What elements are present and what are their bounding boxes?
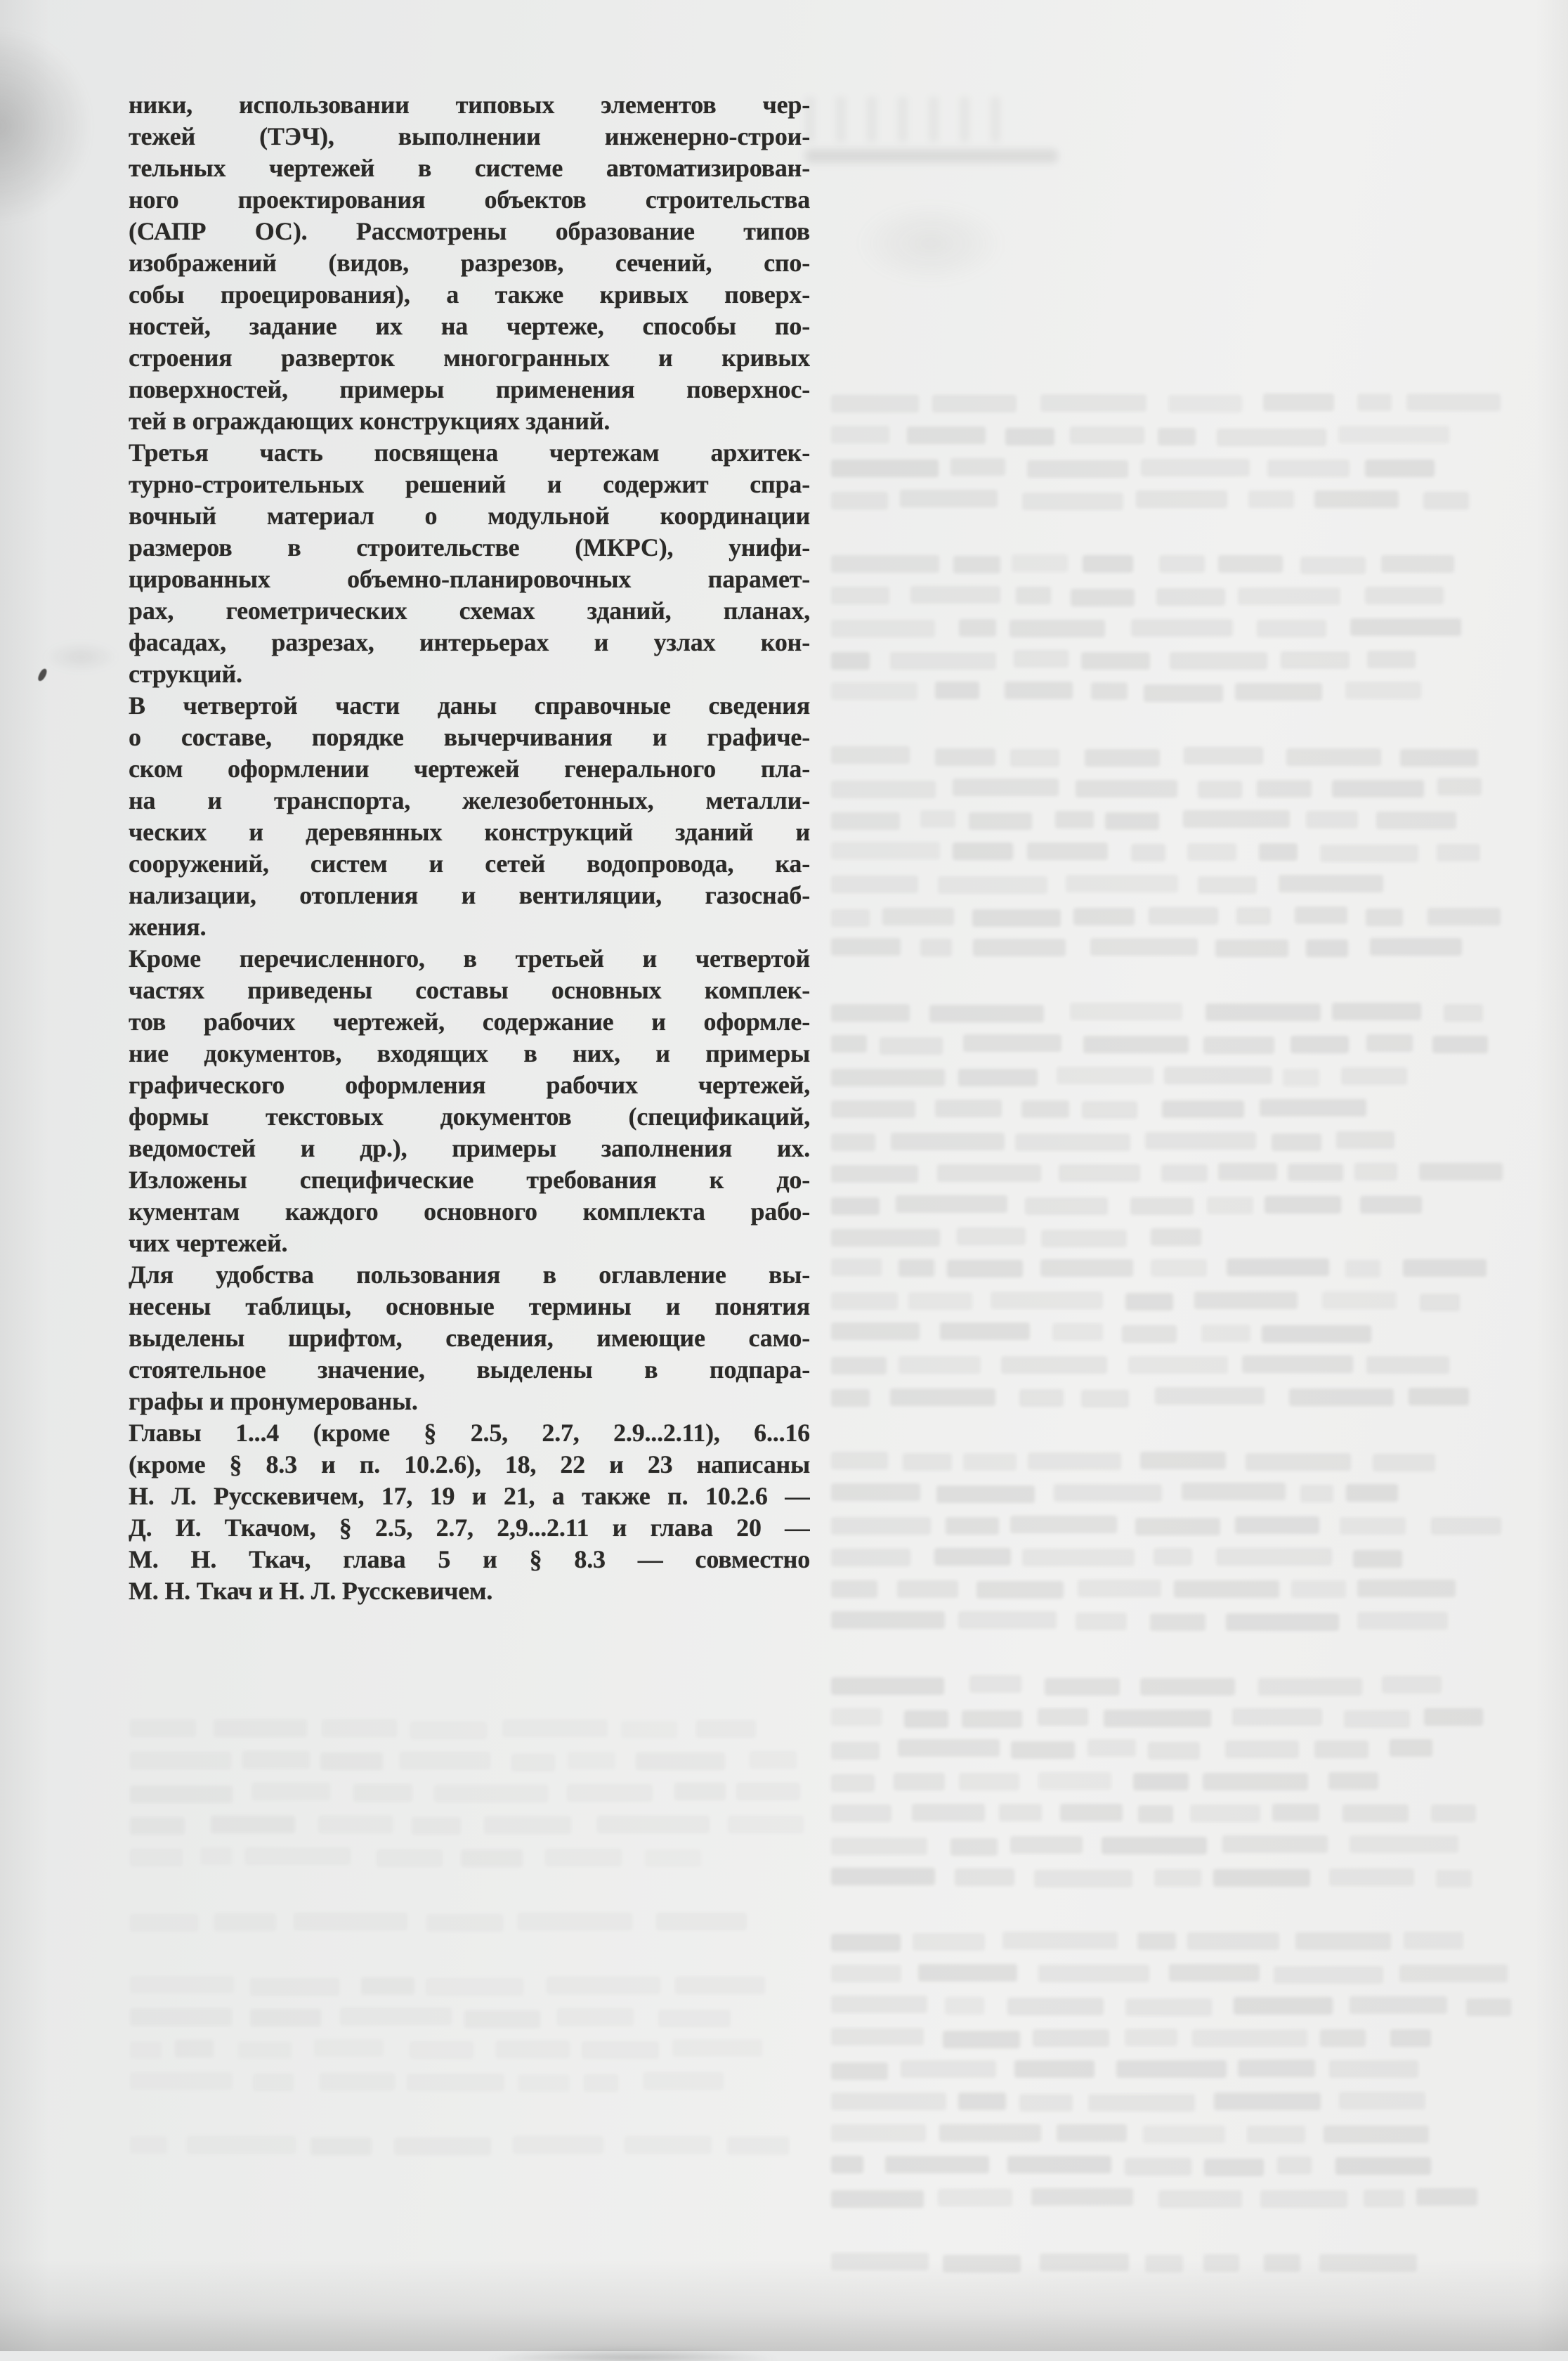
ghost-word bbox=[1242, 1355, 1353, 1373]
ghost-word bbox=[727, 2137, 789, 2154]
ghost-word bbox=[912, 1804, 985, 1821]
ghost-word bbox=[831, 460, 939, 477]
ghost-word bbox=[958, 1611, 1057, 1629]
ghost-word bbox=[831, 2093, 946, 2110]
ghost-word bbox=[130, 2008, 232, 2026]
ghost-word bbox=[972, 909, 1061, 927]
ghost-word bbox=[831, 1292, 898, 1310]
ghost-word bbox=[1288, 1164, 1343, 1181]
ghost-text-line bbox=[831, 1515, 1501, 1535]
ghost-word bbox=[1184, 747, 1263, 765]
ghost-word bbox=[1357, 1580, 1456, 1597]
ghost-word bbox=[322, 1719, 397, 1737]
ghost-word bbox=[1201, 1325, 1250, 1342]
ghost-word bbox=[1016, 587, 1051, 604]
ghost-word bbox=[1052, 1323, 1103, 1341]
ghost-word bbox=[1420, 1294, 1460, 1311]
ghost-word bbox=[238, 2041, 292, 2059]
text-line: строения разверток многогранных и кривых bbox=[129, 342, 810, 374]
text-line: ском оформлении чертежей генерального пл… bbox=[129, 753, 810, 785]
ghost-word bbox=[1366, 1034, 1413, 1052]
text-line: Для удобства пользования в оглавление вы… bbox=[129, 1259, 810, 1291]
ghost-word bbox=[1332, 780, 1424, 798]
ghost-word bbox=[728, 1816, 804, 1833]
ghost-word bbox=[901, 2060, 996, 2078]
ghost-word bbox=[340, 2008, 452, 2025]
ghost-word bbox=[1076, 780, 1177, 798]
ghost-word bbox=[1143, 2126, 1225, 2143]
ghost-text-line bbox=[130, 1975, 765, 1995]
text-line: чих чертежей. bbox=[129, 1228, 810, 1259]
ghost-word bbox=[1350, 618, 1461, 636]
ghost-word bbox=[1247, 2126, 1305, 2143]
ghost-word bbox=[1214, 2093, 1321, 2110]
ghost-text-line bbox=[130, 1783, 800, 1802]
ghost-word bbox=[130, 2041, 162, 2059]
ghost-word bbox=[1335, 2157, 1431, 2175]
ghost-word bbox=[935, 682, 979, 699]
ghost-text-line bbox=[831, 1258, 1516, 1278]
ghost-word bbox=[1248, 490, 1294, 508]
ghost-word bbox=[1012, 554, 1068, 572]
ghost-text-line bbox=[831, 1739, 1432, 1759]
ghost-word bbox=[831, 842, 940, 859]
ghost-word bbox=[1041, 1230, 1127, 1247]
ghost-word bbox=[894, 1773, 945, 1790]
ghost-word bbox=[1154, 1869, 1201, 1887]
ghost-word bbox=[130, 1719, 196, 1737]
text-line: цированных объемно-планировочных парамет… bbox=[129, 564, 810, 595]
ghost-word bbox=[1138, 1805, 1173, 1823]
ghost-text-line bbox=[831, 1675, 1442, 1695]
ghost-word bbox=[1203, 1773, 1308, 1790]
ghost-word bbox=[1130, 1197, 1194, 1215]
text-line: Третья часть посвящена чертежам архитек- bbox=[129, 437, 810, 469]
ghost-word bbox=[1206, 1003, 1321, 1021]
ghost-text-line bbox=[831, 2123, 1451, 2143]
ghost-word bbox=[1158, 2190, 1242, 2208]
ghost-word bbox=[918, 1964, 1017, 1982]
ghost-word bbox=[1257, 780, 1312, 798]
ghost-word bbox=[1373, 1454, 1435, 1471]
scanned-page: ники, использовании типовых элементов че… bbox=[0, 0, 1568, 2351]
ghost-word bbox=[1357, 1612, 1448, 1630]
ghost-word bbox=[1370, 938, 1462, 956]
text-line: М. Н. Ткач и Н. Л. Русскевичем. bbox=[129, 1575, 810, 1607]
ghost-word bbox=[831, 1708, 882, 1726]
ghost-word bbox=[1314, 1741, 1368, 1758]
ghost-word bbox=[831, 1100, 915, 1118]
text-line: Главы 1...4 (кроме § 2.5, 2.7, 2.9...2.1… bbox=[129, 1417, 810, 1449]
ghost-word bbox=[1066, 875, 1178, 892]
ghost-text-line bbox=[831, 1195, 1422, 1214]
ghost-text-line bbox=[831, 1162, 1505, 1182]
ghost-word bbox=[976, 1581, 1064, 1599]
ghost-word bbox=[1286, 748, 1381, 766]
ghost-word bbox=[736, 1783, 800, 1800]
text-line: Д. И. Ткачом, § 2.5, 2.7, 2,9...2.11 и г… bbox=[129, 1512, 810, 1544]
ghost-word bbox=[675, 1977, 765, 1994]
ghost-word bbox=[130, 1914, 198, 1932]
ghost-word bbox=[1437, 778, 1482, 795]
ghost-word bbox=[434, 1785, 548, 1802]
ghost-word bbox=[920, 939, 952, 956]
ghost-word bbox=[426, 1914, 503, 1932]
paragraph: ники, использовании типовых элементов че… bbox=[129, 89, 810, 437]
ghost-word bbox=[1102, 1837, 1207, 1854]
ghost-word bbox=[950, 458, 1005, 476]
text-line: ческих и деревянных конструкций зданий и bbox=[129, 817, 810, 848]
ghost-word bbox=[1027, 843, 1108, 860]
ghost-word bbox=[1366, 909, 1403, 926]
ghost-word bbox=[1140, 1678, 1235, 1696]
ghost-word bbox=[1263, 393, 1334, 411]
ghost-word bbox=[831, 812, 900, 830]
ghost-text-line bbox=[831, 810, 1456, 830]
ghost-word bbox=[1168, 395, 1242, 412]
ghost-text-line bbox=[130, 1847, 721, 1867]
ghost-word bbox=[621, 1721, 677, 1738]
ghost-word bbox=[412, 1817, 461, 1835]
ghost-word bbox=[1344, 1710, 1410, 1728]
ghost-word bbox=[831, 2190, 924, 2208]
ghost-word bbox=[899, 1356, 981, 1374]
ghost-word bbox=[1218, 1163, 1277, 1180]
ghost-word bbox=[1295, 1932, 1391, 1950]
ghost-word bbox=[969, 1675, 1021, 1693]
ghost-word bbox=[496, 2041, 570, 2058]
ghost-word bbox=[1156, 588, 1225, 606]
ghost-word bbox=[1187, 1932, 1279, 1950]
ghost-word bbox=[214, 1719, 307, 1737]
ghost-word bbox=[1076, 1613, 1127, 1630]
ghost-word bbox=[831, 1804, 891, 1822]
ghost-word bbox=[1431, 1517, 1501, 1535]
ghost-text-line bbox=[831, 1932, 1463, 1951]
ghost-word bbox=[1141, 459, 1250, 476]
ghost-word bbox=[1336, 1131, 1394, 1149]
text-line: ного проектирования объектов строительст… bbox=[129, 184, 810, 216]
ghost-text-line bbox=[130, 2039, 788, 2059]
ghost-word bbox=[958, 2093, 1006, 2110]
ghost-word bbox=[1021, 1100, 1069, 1118]
ghost-word bbox=[1353, 1550, 1402, 1568]
ghost-text-line bbox=[831, 938, 1462, 958]
ghost-word bbox=[831, 426, 889, 443]
ghost-word bbox=[597, 1816, 710, 1833]
ghost-word bbox=[253, 2074, 294, 2091]
ghost-word bbox=[175, 2040, 214, 2057]
ghost-word bbox=[1272, 1133, 1321, 1151]
ghost-word bbox=[130, 1976, 234, 1993]
ghost-word bbox=[953, 779, 1059, 796]
ghost-word bbox=[831, 1452, 888, 1469]
text-line: изображений (видов, разрезов, сечений, с… bbox=[129, 247, 810, 279]
ghost-word bbox=[672, 2039, 762, 2057]
ghost-word bbox=[1057, 2124, 1127, 2142]
ghost-word bbox=[250, 1978, 339, 1996]
ghost-word bbox=[1159, 555, 1205, 573]
ghost-word bbox=[1125, 1293, 1173, 1310]
ghost-word bbox=[962, 1710, 1022, 1728]
ghost-word bbox=[1328, 1772, 1378, 1790]
text-line: тежей (ТЭЧ), выполнении инженерно-строи- bbox=[129, 121, 810, 152]
ghost-word bbox=[1382, 1676, 1442, 1693]
ghost-word bbox=[1133, 1773, 1189, 1790]
ghost-text-line bbox=[831, 1547, 1453, 1567]
ghost-word bbox=[1183, 810, 1290, 828]
ghost-word bbox=[1083, 555, 1133, 573]
ghost-word bbox=[625, 2136, 712, 2154]
ghost-word bbox=[885, 2156, 989, 2173]
ghost-word bbox=[831, 1838, 927, 1855]
text-line: на и транспорта, железобетонных, металли… bbox=[129, 785, 810, 817]
ghost-word bbox=[831, 652, 870, 670]
ghost-word bbox=[1257, 620, 1326, 637]
ghost-word bbox=[1019, 2094, 1073, 2112]
ghost-word bbox=[1225, 1741, 1299, 1758]
ghost-word bbox=[1025, 1197, 1108, 1215]
text-line: стоятельное значение, выделены в подпара… bbox=[129, 1354, 810, 1386]
ghost-text-line bbox=[130, 1751, 797, 1771]
paragraph: В четвертой части даны справочные сведен… bbox=[129, 690, 810, 943]
ghost-word bbox=[130, 2072, 233, 2090]
ghost-word bbox=[1038, 1708, 1088, 1726]
text-line: тов рабочих чертежей, содержание и оформ… bbox=[129, 1006, 810, 1038]
ghost-word bbox=[1015, 1133, 1130, 1151]
ghost-word bbox=[1060, 1804, 1123, 1821]
ghost-word bbox=[831, 555, 939, 573]
ghost-text-line bbox=[831, 1868, 1499, 1887]
ghost-text-line bbox=[130, 2135, 789, 2155]
ghost-word bbox=[1339, 2092, 1425, 2109]
ghost-word bbox=[939, 2124, 1041, 2142]
ghost-word bbox=[1014, 650, 1069, 668]
ghost-word bbox=[1105, 812, 1159, 830]
ghost-word bbox=[1345, 682, 1421, 699]
text-line: (САПР ОС). Рассмотрены образование типов bbox=[129, 216, 810, 247]
ghost-word bbox=[947, 1260, 1023, 1277]
ghost-word bbox=[946, 1517, 999, 1535]
ghost-word bbox=[1400, 749, 1478, 767]
ghost-word bbox=[938, 2189, 1012, 2206]
ghost-word bbox=[567, 1784, 653, 1802]
ghost-word bbox=[953, 556, 1000, 573]
ghost-word bbox=[1150, 1613, 1206, 1631]
ghost-word bbox=[1329, 2060, 1418, 2078]
ghost-text-line bbox=[831, 746, 1482, 766]
ghost-word bbox=[896, 1195, 1007, 1213]
ghost-word bbox=[831, 1322, 920, 1340]
ghost-word bbox=[568, 1752, 615, 1769]
ghost-word bbox=[1381, 555, 1454, 573]
ghost-word bbox=[1182, 1483, 1286, 1500]
ghost-word bbox=[831, 909, 870, 927]
ghost-word bbox=[1424, 1708, 1483, 1726]
ghost-word bbox=[831, 1774, 875, 1792]
paragraph: Главы 1...4 (кроме § 2.5, 2.7, 2.9...2.1… bbox=[129, 1417, 810, 1607]
ghost-word bbox=[1151, 1228, 1201, 1246]
ghost-word bbox=[913, 1933, 985, 1951]
ghost-word bbox=[1466, 1998, 1511, 2016]
ghost-word bbox=[1085, 749, 1160, 767]
ghost-word bbox=[907, 427, 986, 444]
ghost-word bbox=[1198, 781, 1242, 798]
ghost-text-line bbox=[831, 2092, 1441, 2112]
ghost-word bbox=[831, 1258, 882, 1276]
ghost-bleedthrough-blob bbox=[836, 190, 1047, 309]
ghost-word bbox=[950, 1838, 998, 1856]
ghost-word bbox=[1390, 1739, 1432, 1757]
ghost-word bbox=[935, 1100, 1002, 1117]
ghost-word bbox=[250, 2009, 321, 2027]
ghost-text-line bbox=[831, 1098, 1418, 1118]
ghost-word bbox=[890, 1388, 995, 1406]
paragraph: Кроме перечисленного, в третьей и четвер… bbox=[129, 943, 810, 1259]
ghost-word bbox=[1001, 1356, 1107, 1374]
paragraph: Для удобства пользования в оглавление вы… bbox=[129, 1259, 810, 1417]
ghost-word bbox=[1232, 1708, 1322, 1726]
ghost-word bbox=[696, 1720, 756, 1738]
ghost-word bbox=[831, 1035, 867, 1053]
scan-shadow-bottom-streak bbox=[436, 2329, 829, 2351]
ghost-word bbox=[953, 843, 1013, 860]
ghost-word bbox=[1376, 812, 1456, 829]
text-line: частях приведены составы основных компле… bbox=[129, 975, 810, 1006]
ghost-word bbox=[1332, 1003, 1421, 1020]
ghost-word bbox=[935, 748, 995, 766]
ghost-word bbox=[1406, 393, 1501, 411]
ghost-word bbox=[1136, 490, 1227, 508]
ghost-text-line bbox=[831, 1387, 1488, 1407]
ghost-word bbox=[1444, 1004, 1483, 1022]
text-line: несены таблицы, основные термины и понят… bbox=[129, 1291, 810, 1322]
ghost-word bbox=[1087, 1739, 1136, 1757]
ghost-word bbox=[1055, 811, 1094, 828]
ghost-text-line bbox=[831, 906, 1501, 926]
ghost-text-line bbox=[831, 1034, 1488, 1054]
text-line: тельных чертежей в системе автоматизиров… bbox=[129, 152, 810, 184]
ghost-word bbox=[1187, 843, 1236, 861]
ghost-word bbox=[1404, 1932, 1463, 1949]
ghost-word bbox=[1151, 1259, 1207, 1277]
ghost-text-line bbox=[831, 490, 1469, 509]
ghost-word bbox=[1246, 1453, 1351, 1471]
text-line: нализации, отопления и вентиляции, газос… bbox=[129, 880, 810, 911]
ghost-word bbox=[1161, 1164, 1208, 1182]
ghost-word bbox=[353, 1784, 412, 1802]
ghost-text-line bbox=[831, 618, 1464, 637]
ghost-word bbox=[1010, 1516, 1117, 1533]
ghost-word bbox=[1216, 1548, 1332, 1566]
ghost-word bbox=[394, 2138, 491, 2155]
ghost-word bbox=[211, 1816, 295, 1833]
ghost-word bbox=[518, 2074, 570, 2092]
ghost-word bbox=[973, 939, 1066, 956]
ghost-word bbox=[1289, 1388, 1394, 1406]
ghost-word bbox=[932, 395, 1017, 412]
ghost-word bbox=[831, 1742, 880, 1760]
ghost-word bbox=[1365, 587, 1444, 604]
ghost-word bbox=[1002, 1932, 1118, 1949]
ghost-word bbox=[1005, 682, 1073, 699]
ghost-word bbox=[831, 1996, 927, 2013]
ghost-word bbox=[1300, 1485, 1333, 1502]
ghost-word bbox=[1277, 2157, 1312, 2174]
text-line: графы и пронумерованы. bbox=[129, 1386, 810, 1417]
ghost-word bbox=[1306, 811, 1358, 828]
ghost-text-line bbox=[831, 2188, 1514, 2208]
ghost-word bbox=[1131, 619, 1233, 637]
ghost-word bbox=[1203, 1036, 1274, 1054]
ghost-word bbox=[1432, 1036, 1488, 1053]
ghost-word bbox=[963, 1453, 1017, 1471]
text-column: ники, использовании типовых элементов че… bbox=[129, 89, 810, 1607]
ghost-word bbox=[464, 2010, 540, 2028]
ghost-word bbox=[674, 1783, 726, 1800]
ghost-word bbox=[1149, 907, 1218, 925]
ghost-word bbox=[936, 1485, 1035, 1503]
ghost-word bbox=[1014, 2060, 1095, 2078]
ghost-word bbox=[1148, 1742, 1200, 1760]
ghost-word bbox=[1131, 844, 1165, 861]
ghost-word bbox=[242, 1751, 310, 1769]
ghost-word bbox=[1403, 1259, 1487, 1277]
ghost-word bbox=[1040, 394, 1146, 412]
ghost-word bbox=[1322, 1292, 1397, 1309]
ghost-word bbox=[1357, 393, 1392, 411]
ghost-word bbox=[1350, 1835, 1458, 1853]
ghost-word bbox=[750, 1751, 797, 1769]
ghost-text-line bbox=[831, 650, 1416, 670]
ghost-text-line bbox=[831, 2156, 1432, 2175]
ghost-word bbox=[1104, 1710, 1211, 1727]
ghost-word bbox=[1125, 2029, 1177, 2046]
ghost-word bbox=[1038, 1772, 1111, 1790]
ghost-word bbox=[882, 908, 954, 925]
ghost-word bbox=[958, 1069, 1038, 1086]
ghost-word bbox=[1083, 1036, 1189, 1053]
ghost-word bbox=[831, 938, 901, 956]
ghost-word bbox=[1198, 876, 1257, 894]
ghost-word bbox=[1281, 651, 1350, 669]
ghost-text-line bbox=[831, 1067, 1430, 1086]
text-line: кументам каждого основного комплекта раб… bbox=[129, 1196, 810, 1228]
text-line: сооружений, систем и сетей водопровода, … bbox=[129, 848, 810, 880]
text-line: о составе, порядке вычерчивания и графич… bbox=[129, 722, 810, 753]
ghost-word bbox=[513, 2136, 603, 2154]
ghost-word bbox=[1137, 1932, 1176, 1950]
text-line: размеров в строительстве (МКРС), унифи- bbox=[129, 532, 810, 564]
ghost-word bbox=[1081, 1390, 1129, 1407]
ghost-word bbox=[1218, 555, 1283, 573]
ghost-word bbox=[1283, 1069, 1319, 1086]
text-line: вочный материал о модульной координации bbox=[129, 500, 810, 532]
ghost-word bbox=[1010, 749, 1059, 767]
ghost-word bbox=[557, 2008, 634, 2026]
ghost-word bbox=[1265, 1196, 1341, 1214]
ghost-word bbox=[1038, 1965, 1149, 1982]
ghost-word bbox=[1390, 2029, 1431, 2047]
ghost-word bbox=[1437, 844, 1480, 861]
scan-shadow-right-edge bbox=[1536, 0, 1568, 2351]
ghost-word bbox=[1215, 939, 1288, 957]
ghost-word bbox=[426, 1978, 523, 1996]
ghost-word bbox=[831, 2028, 924, 2045]
ghost-word bbox=[1169, 1964, 1260, 1982]
text-line: ние документов, входящих в них, и пример… bbox=[129, 1038, 810, 1069]
ghost-word bbox=[461, 1849, 523, 1867]
